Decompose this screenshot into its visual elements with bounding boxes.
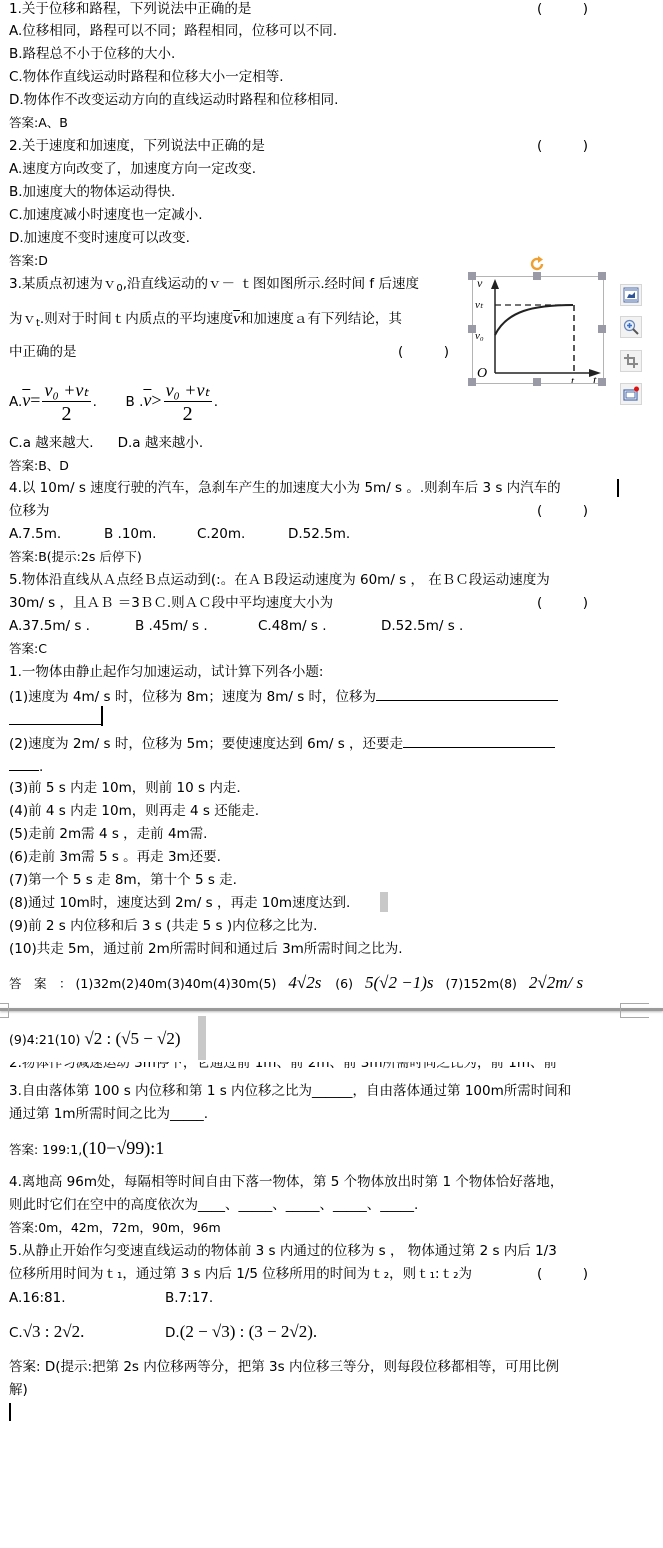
answer-label: 答 案 ： (9, 976, 72, 991)
q3-options-cd: C.a 越来越大.D.a 越来越小. (9, 434, 203, 452)
q3-option-d: D.a 越来越小. (118, 435, 204, 451)
option-c-math: √3 : 2√2. (23, 1322, 85, 1341)
v0-label: v₀ (475, 330, 484, 342)
q1-option-d: D.物体作不改变运动方向的直线运动时路程和位移相同. (9, 91, 338, 109)
p2q5-answer-2: 解) (9, 1381, 28, 1399)
crop-icon (623, 353, 639, 369)
page-corner-marker-left (0, 1003, 9, 1018)
p2q1-item-1: (1)速度为 4m/ s 时，位移为 8m；速度为 8m/ s 时，位移为 (9, 686, 558, 706)
answer-blank[interactable] (9, 756, 39, 771)
p2q1-item-9: (9)前 2 s 内位移和后 3 s (共走 5 s )内位移之比为. (9, 917, 317, 935)
q2-answer-paren: ( ) (537, 137, 588, 155)
answer-blank[interactable] (403, 733, 555, 748)
option-d-math: (2 − √3) : (3 − 2√2). (180, 1322, 317, 1341)
p2q5-option-c: C.√3 : 2√2. (9, 1320, 84, 1345)
p2q1-item-4: (4)前 4 s 内走 10m，则再走 4 s 还能走. (9, 802, 259, 820)
option-label: C. (9, 1325, 23, 1341)
q4-option-a: A.7.5m. (9, 525, 61, 543)
vbar-symbol: v (233, 311, 240, 327)
q1-answer: 答案:A、B (9, 114, 68, 132)
p2q3-stem-2: 通过第 1m所需时间之比为_____. (9, 1105, 208, 1123)
q3-option-b-fraction: v₀ +vₜ2 (164, 379, 212, 426)
p2q1-item-2-cont: . (9, 756, 43, 776)
p2q1-item-1-cont (9, 710, 101, 730)
answer-5-math: 4√2s (288, 973, 321, 992)
p2q1-item-6: (6)走前 3m需 5 s 。再走 3m还要. (9, 848, 221, 866)
q5-option-d: D.52.5m/ s . (381, 617, 463, 635)
item-text: (1)速度为 4m/ s 时，位移为 8m；速度为 8m/ s 时，位移为 (9, 689, 376, 705)
q5-answer-paren: ( ) (537, 594, 588, 612)
answer-label: 答案: 199:1, (9, 1142, 82, 1157)
q1-option-c: C.物体作直线运动时路程和位移大小一定相等. (9, 68, 284, 86)
equals-sign: = (30, 390, 40, 410)
p2q5-option-d: D.(2 − √3) : (3 − 2√2). (165, 1320, 317, 1345)
answer-text: (7)152m(8) (445, 976, 516, 991)
q4-stem-2: 位移为 (9, 502, 50, 520)
clipped-line-container: 2.物体作匀减速运动 3m停下，它通过前 1m、前 2m、前 3m所需时间之比为… (0, 1062, 663, 1072)
q5-answer: 答案:C (9, 640, 47, 658)
text-cursor (617, 479, 619, 497)
text-cursor (101, 706, 103, 726)
resize-handle-right[interactable] (598, 325, 606, 333)
item-text: (2)速度为 2m/ s 时，位移为 5m；要使速度达到 6m/ s ，还要走 (9, 736, 403, 752)
q4-answer: 答案:B(提示:2s 后停下) (9, 548, 142, 566)
answer-10-math: √2 : (√5 − √2) (84, 1029, 180, 1048)
answer-text: (6) (335, 976, 353, 991)
resize-handle-top-right[interactable] (598, 272, 606, 280)
resize-handle-left[interactable] (468, 325, 476, 333)
vt-graph-image[interactable]: v vₜ v₀ O t t (472, 276, 604, 384)
q3-stem-line1: 3.某质点初速为ｖ0,沿直线运动的ｖ－ ｔ图如图所示.经时间 f 后速度 (9, 275, 419, 298)
q3-stem-text: 3.某质点初速为ｖ (9, 276, 116, 292)
p2q1-item-5: (5)走前 2m需 4 s ，走前 4m需. (9, 825, 207, 843)
q3-stem-text: 和加速度ａ有下列结论，其 (240, 311, 402, 327)
q3-answer: 答案:B、D (9, 457, 69, 475)
zoom-in-icon (623, 319, 639, 335)
frame-icon (623, 386, 639, 402)
p2q4-stem-2: 则此时它们在空中的高度依次为____、_____、_____、_____、___… (9, 1196, 418, 1214)
vt-label: vₜ (475, 299, 484, 311)
p2q1-item-8: (8)通过 10m时，速度达到 2m/ s ，再走 10m速度达到. (9, 894, 350, 912)
p2q3-answer: 答案: 199:1,(10−√99):1 (9, 1136, 164, 1162)
layout-options-icon (623, 287, 639, 303)
p2q5-stem-2: 位移所用时间为ｔ₁，通过第 3 s 内后 1/5 位移所用的时间为ｔ₂，则ｔ₁:… (9, 1265, 472, 1283)
q5-option-c: C.48m/ s . (258, 617, 327, 635)
q1-option-a: A.位移相同，路程可以不同；路程相同，位移可以不同. (9, 22, 337, 40)
answer-6-math: 5(√2 −1)s (365, 973, 434, 992)
q5-option-b: B .45m/ s . (135, 617, 208, 635)
q3-option-b-label: B . (126, 394, 144, 410)
q2-option-a: A.速度方向改变了，加速度方向一定改变. (9, 160, 256, 178)
q3-option-a-label: A. (9, 394, 22, 410)
resize-handle-bottom-left[interactable] (468, 378, 476, 386)
answer-blank[interactable] (376, 686, 558, 701)
p2q1-answer-cont: (9)4:21(10) √2 : (√5 − √2) (9, 1028, 181, 1051)
resize-handle-top[interactable] (533, 272, 541, 280)
rotate-handle-icon[interactable] (530, 256, 546, 272)
answer-8-math: 2√2m/ s (529, 973, 583, 992)
answer-math: (10−√99):1 (82, 1138, 164, 1158)
q3-answer-paren: ( ) (398, 343, 449, 361)
page-break-separator (0, 1008, 663, 1011)
origin-label: O (477, 366, 487, 381)
layout-options-button[interactable] (620, 284, 642, 306)
p2q2-stem-clipped: 2.物体作匀减速运动 3m停下，它通过前 1m、前 2m、前 3m所需时间之比为… (9, 1062, 557, 1072)
answer-text: (1)32m(2)40m(3)40m(4)30m(5) (76, 976, 277, 991)
answer-text: (9)4:21(10) (9, 1032, 80, 1047)
y-axis-label: v (477, 277, 483, 290)
zoom-in-button[interactable] (620, 316, 642, 338)
p2q1-item-7: (7)第一个 5 s 走 8m，第十个 5 s 走. (9, 871, 237, 889)
p2q1-item-3: (3)前 5 s 内走 10m，则前 10 s 内走. (9, 779, 241, 797)
p2q3-stem: 3.自由落体第 100 s 内位移和第 1 s 内位移之比为______，自由落… (9, 1082, 571, 1100)
selection-highlight (198, 1016, 206, 1060)
q3-options-ab: A.v=v₀ +vₜ2. B .v>v₀ +vₜ2. (9, 376, 218, 424)
p2q1-stem: 1.一物体由静止起作匀加速运动，试计算下列各小题: (9, 663, 323, 681)
q3-option-c: C.a 越来越大. (9, 435, 94, 451)
resize-handle-bottom-right[interactable] (598, 378, 606, 386)
q4-option-b: B .10m. (104, 525, 156, 543)
q1-option-b: B.路程总不小于位移的大小. (9, 45, 175, 63)
t-mark-label: t (571, 375, 575, 383)
q3-option-a-fraction: v₀ +vₜ2 (42, 379, 90, 426)
crop-button[interactable] (620, 350, 642, 372)
q2-option-c: C.加速度减小时速度也一定减小. (9, 206, 203, 224)
q3-stem-line2: 为ｖt.则对于时间ｔ内质点的平均速度v和加速度ａ有下列结论，其 (9, 310, 402, 333)
q1-stem: 1.关于位移和路程，下列说法中正确的是 (9, 0, 251, 18)
greater-than-sign: > (151, 390, 161, 410)
resize-handle-bottom[interactable] (533, 378, 541, 386)
p2q1-item-10: (10)共走 5m，通过前 2m所需时间和通过后 3m所需时间之比为. (9, 940, 403, 958)
q3-stem-text: .则对于时间ｔ内质点的平均速度 (40, 311, 233, 327)
resize-handle-top-left[interactable] (468, 272, 476, 280)
answer-blank[interactable] (9, 710, 101, 725)
q3-stem-text: 为ｖ (9, 311, 36, 327)
q2-option-d: D.加速度不变时速度可以改变. (9, 229, 190, 247)
p2q5-option-b: B.7:17. (165, 1289, 213, 1307)
p2q5-answer-paren: ( ) (537, 1265, 588, 1283)
q3-stem-line3: 中正确的是 (9, 343, 77, 361)
q1-answer-paren: ( ) (537, 0, 588, 18)
p2q1-item-2: (2)速度为 2m/ s 时，位移为 5m；要使速度达到 6m/ s ，还要走 (9, 733, 555, 753)
p2q5-option-a: A.16:81. (9, 1289, 66, 1307)
selection-highlight (380, 892, 388, 912)
page-corner-marker-right (620, 1003, 649, 1018)
p2q4-answer: 答案:0m，42m，72m，90m，96m (9, 1219, 221, 1237)
q4-option-c: C.20m. (197, 525, 245, 543)
p2q5-stem: 5.从静止开始作匀变速直线运动的物体前 3 s 内通过的位移为 s ， 物体通过… (9, 1242, 557, 1260)
q5-option-a: A.37.5m/ s . (9, 617, 90, 635)
q5-stem-2: 30m/ s ，且ＡＢ ＝3ＢＣ.则ＡＣ段中平均速度大小为 (9, 594, 333, 612)
q2-answer: 答案:D (9, 252, 48, 270)
option-label: D. (165, 1325, 180, 1341)
p2q1-answer: 答 案 ： (1)32m(2)40m(3)40m(4)30m(5) 4√2s (… (9, 972, 583, 995)
q3-stem-text: ,沿直线运动的ｖ－ ｔ图如图所示.经时间 f 后速度 (123, 276, 419, 292)
q4-stem: 4.以 10m/ s 速度行驶的汽车，急刹车产生的加速度大小为 5m/ s 。.… (9, 479, 561, 497)
q4-option-d: D.52.5m. (288, 525, 350, 543)
text-cursor (9, 1403, 11, 1421)
q5-stem: 5.物体沿直线从Ａ点经Ｂ点运动到(:。在ＡＢ段运动速度为 60m/ s ， 在Ｂ… (9, 571, 550, 589)
vt-graph: v vₜ v₀ O t t (473, 277, 603, 383)
frame-button[interactable] (620, 383, 642, 405)
p2q5-answer: 答案: D(提示:把第 2s 内位移两等分，把第 3s 内位移三等分，则每段位移… (9, 1358, 559, 1376)
q2-stem: 2.关于速度和加速度，下列说法中正确的是 (9, 137, 265, 155)
q4-answer-paren: ( ) (537, 502, 588, 520)
p2q4-stem: 4.离地高 96m处，每隔相等时间自由下落一物体，第 5 个物体放出时第 1 个… (9, 1173, 563, 1191)
q2-option-b: B.加速度大的物体运动得快. (9, 183, 175, 201)
